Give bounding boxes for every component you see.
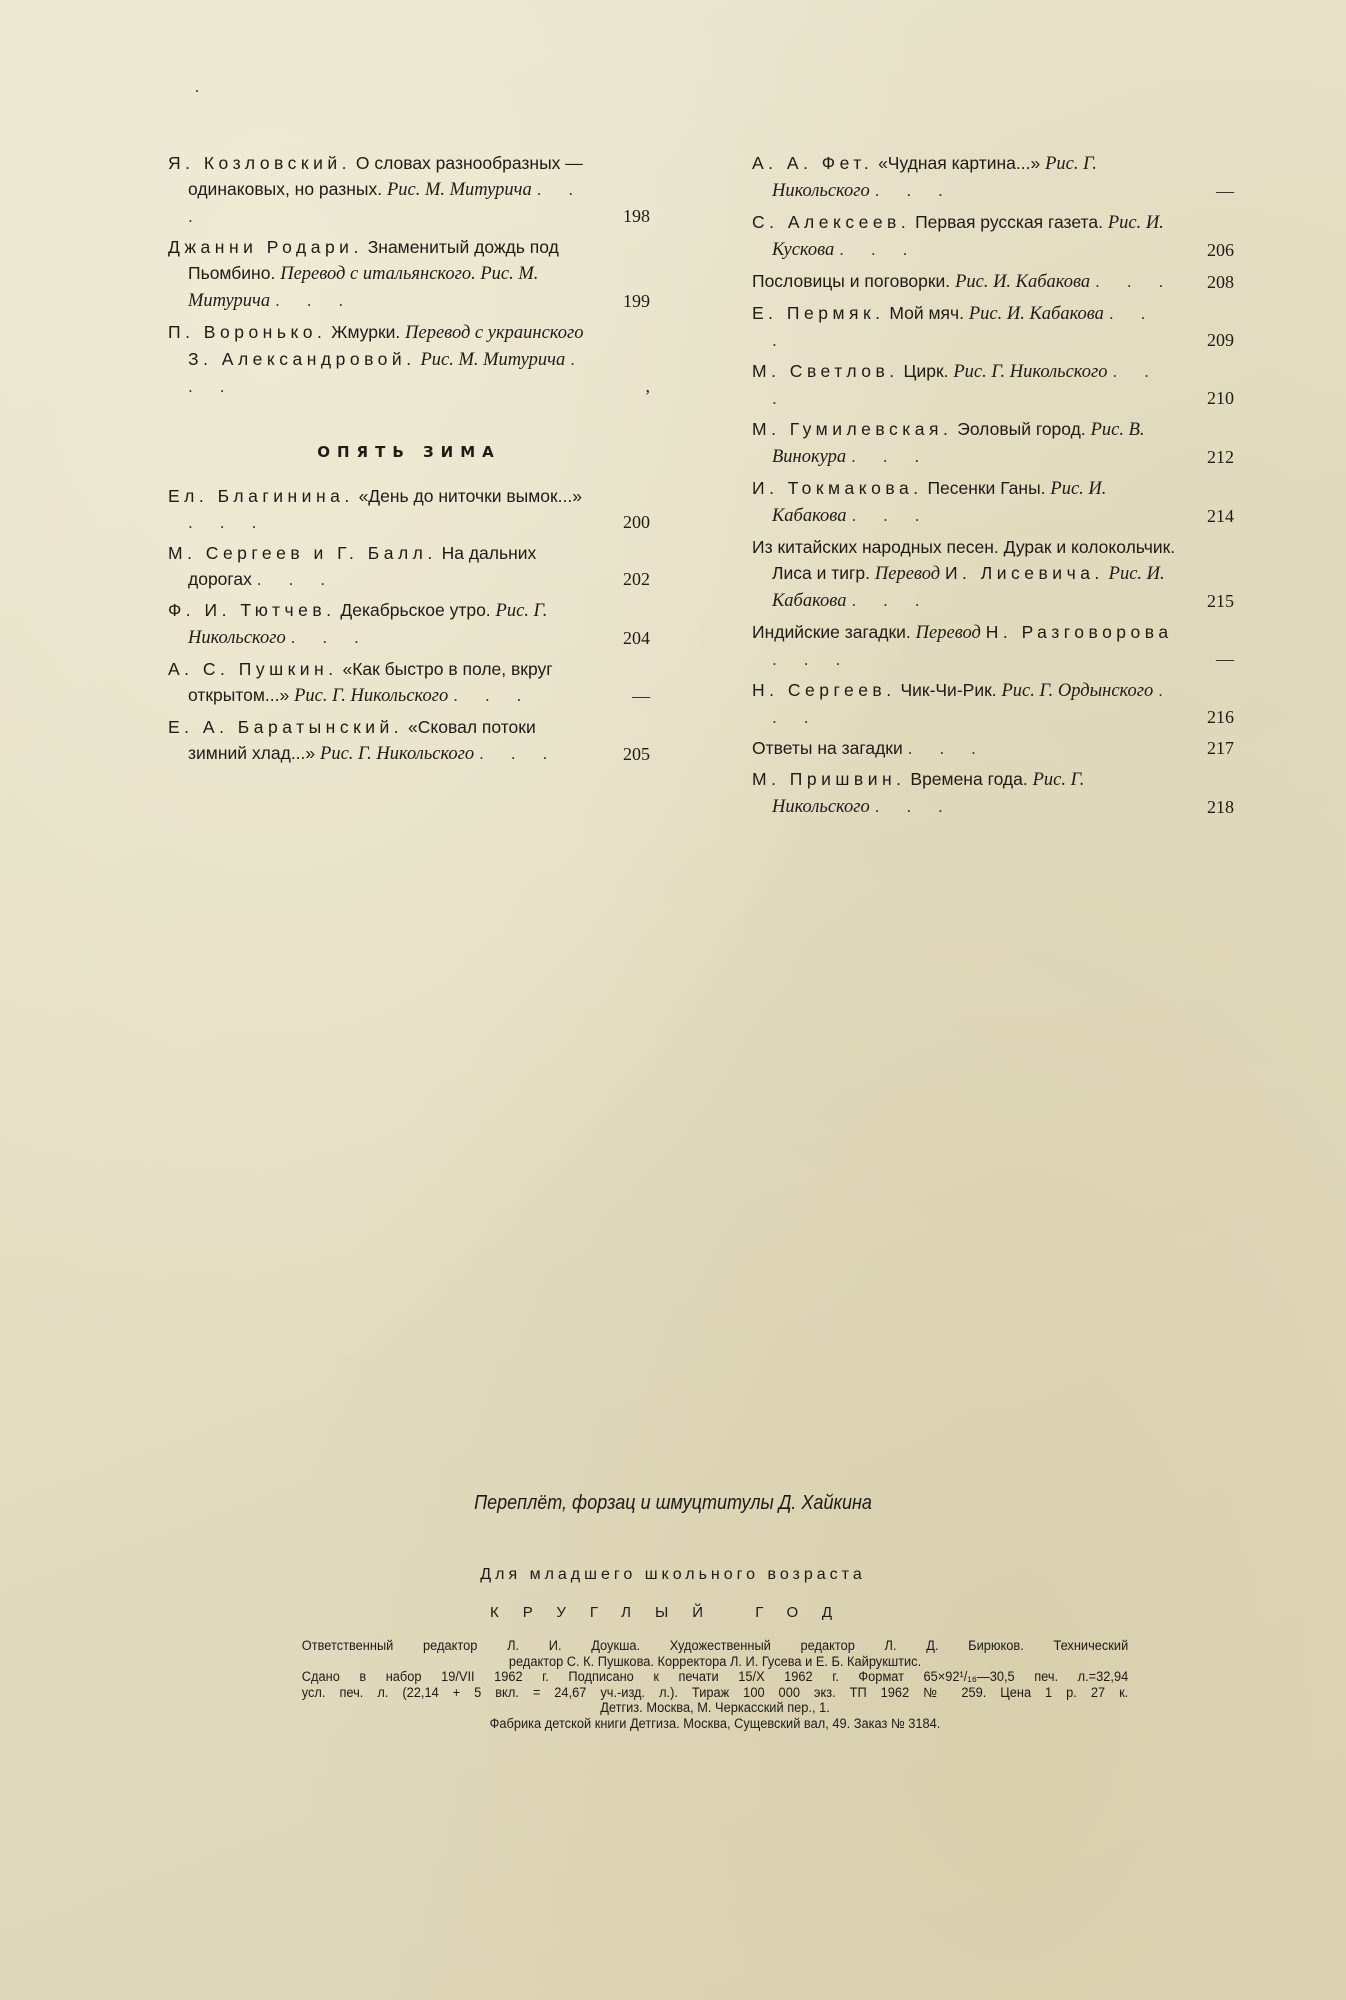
audience-label: Для младшего школьного возраста [0, 1566, 1346, 1584]
entry-title: Песенки Ганы. [927, 478, 1045, 498]
entry-credit: Перевод [916, 623, 981, 643]
page-number: — [1182, 646, 1234, 672]
entry-author: Н. Сергеев. [752, 680, 896, 700]
imprint-line: Фабрика детской книги Детгиза. Москва, С… [302, 1716, 1129, 1732]
imprint-line: Ответственный редактор Л. И. Доукша. Худ… [302, 1638, 1129, 1654]
entry-author: И. Токмакова. [752, 478, 923, 498]
imprint-line: усл. печ. л. (22,14 + 5 вкл. = 24,67 уч.… [302, 1685, 1129, 1701]
toc-right-column: А. А. Фет. «Чудная картина...» Рис. Г. Н… [752, 150, 1234, 825]
page-number: 200 [598, 509, 650, 535]
paper-speck [196, 90, 198, 92]
toc-entry: Ф. И. Тютчев. Декабрьское утро. Рис. Г. … [168, 597, 650, 651]
entry-title: Эоловый город. [957, 419, 1085, 439]
page-number: 206 [1182, 237, 1234, 263]
entry-translator: Н. Разговорова [986, 622, 1173, 642]
toc-entry: Джанни Родари. Знаменитый дождь под Пьом… [168, 234, 650, 314]
toc-left-column: Я. Козловский. О словах разнообразных — … [168, 150, 650, 772]
page-number: 217 [1182, 735, 1234, 761]
imprint-line: Детгиз. Москва, М. Черкасский пер., 1. [302, 1700, 1129, 1716]
entry-title: Пословицы и поговорки. [752, 271, 950, 291]
toc-entry: М. Пришвин. Времена года. Рис. Г. Николь… [752, 766, 1234, 820]
leader-dots: . . . [479, 743, 558, 763]
page-number: 215 [1182, 588, 1234, 614]
toc-entry: С. Алексеев. Первая русская газета. Рис.… [752, 209, 1234, 263]
page-number: 198 [598, 203, 650, 229]
imprint-line: редактор С. К. Пушкова. Корректора Л. И.… [302, 1654, 1129, 1670]
entry-title: Ответы на загадки [752, 738, 903, 758]
leader-dots: . . . [839, 239, 918, 259]
imprint-block: Ответственный редактор Л. И. Доукша. Худ… [302, 1638, 1129, 1731]
page-number: 210 [1182, 385, 1234, 411]
entry-author: М. Пришвин. [752, 769, 906, 789]
page-number: 205 [598, 741, 650, 767]
toc-entry: Н. Сергеев. Чик-Чи-Рик. Рис. Г. Ордынско… [752, 677, 1234, 730]
page-number: 208 [1182, 269, 1234, 295]
entry-author: Ф. И. Тютчев. [168, 600, 336, 620]
toc-entry: Ел. Благинина. «День до ниточки вымок...… [168, 483, 650, 535]
imprint-line: Сдано в набор 19/VII 1962 г. Подписано к… [302, 1669, 1129, 1685]
entry-title: «День до ниточки вымок...» [359, 486, 582, 506]
page-number: , [598, 373, 650, 399]
page-number: 209 [1182, 327, 1234, 353]
entry-title: Первая русская газета. [915, 212, 1103, 232]
entry-title: Мой мяч. [889, 303, 964, 323]
page-number: 199 [598, 288, 650, 314]
entry-author: Ел. Благинина. [168, 486, 354, 506]
entry-author: М. Светлов. [752, 361, 899, 381]
leader-dots: . . . [875, 796, 954, 816]
leader-dots: . . . [851, 505, 930, 525]
leader-dots: . . . [188, 512, 267, 532]
entry-title: Чик-Чи-Рик. [900, 680, 996, 700]
entry-credit: Рис. И. Кабакова [969, 304, 1104, 324]
entry-author: А. А. Фет. [752, 153, 873, 173]
leader-dots: . . . [908, 738, 987, 758]
entry-author: С. Алексеев. [752, 212, 910, 232]
entry-credit: Перевод с украинского [405, 323, 583, 343]
toc-entry: М. Гумилевская. Эоловый город. Рис. В. В… [752, 416, 1234, 470]
entry-title: Жмурки. [331, 322, 400, 342]
entry-title: Индийские загадки. [752, 622, 911, 642]
entry-credit: Рис. Г. Никольского [294, 686, 448, 706]
leader-dots: . . . [453, 685, 532, 705]
toc-entry: Е. Пермяк. Мой мяч. Рис. И. Кабакова . .… [752, 300, 1234, 353]
entry-illustrator: Рис. М. Митурича [420, 350, 565, 370]
toc-entry: Из китайских народных песен. Дурак и кол… [752, 534, 1234, 614]
toc-entry: Ответы на загадки . . .217 [752, 735, 1234, 761]
toc-entry: М. Светлов. Цирк. Рис. Г. Никольского . … [752, 358, 1234, 411]
toc-entry: А. С. Пушкин. «Как быстро в поле, вкруг … [168, 656, 650, 709]
page-number: 212 [1182, 444, 1234, 470]
page-number: 214 [1182, 503, 1234, 529]
leader-dots: . . . [772, 649, 851, 669]
section-title: ОПЯТЬ ЗИМА [168, 439, 650, 465]
leader-dots: . . . [257, 569, 336, 589]
entry-credit: Рис. Г. Ордынского [1002, 681, 1154, 701]
entry-translator: З. Александровой. [188, 349, 416, 369]
entry-credit: Перевод [875, 564, 940, 584]
entry-author: Е. Пермяк. [752, 303, 884, 323]
entry-translator: И. Лисевича. [945, 563, 1104, 583]
toc-entry: П. Воронько. Жмурки. Перевод с украинско… [168, 319, 650, 399]
page-number: 204 [598, 625, 650, 651]
entry-title: «Чудная картина...» [878, 153, 1040, 173]
toc-entry: И. Токмакова. Песенки Ганы. Рис. И. Каба… [752, 475, 1234, 529]
toc-entry: Е. А. Баратынский. «Сковал потоки зимний… [168, 714, 650, 767]
toc-entry: Я. Козловский. О словах разнообразных — … [168, 150, 650, 229]
entry-author: М. Гумилевская. [752, 419, 952, 439]
leader-dots: . . . [291, 627, 370, 647]
page-number: — [598, 683, 650, 709]
leader-dots: . . . [1095, 271, 1174, 291]
entry-title: Цирк. [904, 361, 949, 381]
toc-entry: М. Сергеев и Г. Балл. На дальних дорогах… [168, 540, 650, 592]
entry-credit: Рис. Г. Никольского [320, 744, 474, 764]
toc-entry: Пословицы и поговорки. Рис. И. Кабакова … [752, 268, 1234, 295]
page-number: 218 [1182, 794, 1234, 820]
entry-credit: Рис. И. Кабакова [955, 272, 1090, 292]
entry-credit: Рис. Г. Никольского [953, 362, 1107, 382]
entry-author: М. Сергеев и Г. Балл. [168, 543, 437, 563]
entry-title: Времена года. [910, 769, 1027, 789]
leader-dots: . . . [275, 290, 354, 310]
leader-dots: . . . [851, 590, 930, 610]
entry-author: Джанни Родари. [168, 237, 363, 257]
leader-dots: . . . [851, 446, 930, 466]
entry-title: Декабрьское утро. [340, 600, 490, 620]
page-number: 216 [1182, 704, 1234, 730]
entry-author: А. С. Пушкин. [168, 659, 338, 679]
entry-author: П. Воронько. [168, 322, 326, 342]
leader-dots: . . . [875, 180, 954, 200]
design-credit: Переплёт, форзац и шмуцтитулы Д. Хайкина [67, 1492, 1278, 1515]
book-title: КРУГЛЫЙ ГОД [0, 1604, 1346, 1621]
page-number: 202 [598, 566, 650, 592]
entry-credit: Рис. М. Митурича [387, 180, 532, 200]
toc-entry: А. А. Фет. «Чудная картина...» Рис. Г. Н… [752, 150, 1234, 204]
entry-author: Е. А. Баратынский. [168, 717, 403, 737]
entry-author: Я. Козловский. [168, 153, 351, 173]
page-number: — [1182, 178, 1234, 204]
toc-entry: Индийские загадки. Перевод Н. Разговоров… [752, 619, 1234, 672]
